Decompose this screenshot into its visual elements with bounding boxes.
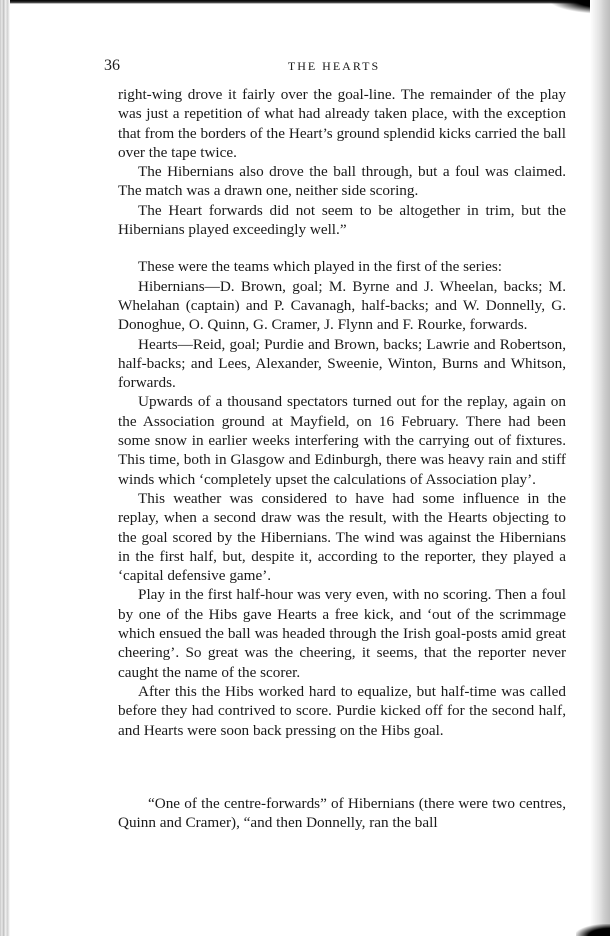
paragraph: The Heart forwards did not seem to be al…: [118, 201, 566, 240]
block-quote: “One of the centre-forwards” of Hibernia…: [118, 794, 566, 833]
paragraph: The Hibernians also drove the ball throu…: [118, 162, 566, 201]
paragraph: After this the Hibs worked hard to equal…: [118, 682, 566, 740]
running-header: 36 THE HEARTS: [104, 57, 564, 77]
running-title: THE HEARTS: [104, 59, 564, 74]
paragraph-teams-intro: These were the teams which played in the…: [118, 257, 566, 276]
page-edge-shadow: [590, 0, 610, 936]
paragraph-hearts-lineup: Hearts—Reid, goal; Purdie and Brown, bac…: [118, 335, 566, 393]
quote-text: “One of the centre-forwards” of Hibernia…: [118, 794, 566, 833]
paragraph: This weather was considered to have had …: [118, 489, 566, 585]
body-text: right-wing drove it fairly over the goal…: [118, 85, 566, 740]
paragraph-hibernians-lineup: Hibernians—D. Brown, goal; M. Byrne and …: [118, 277, 566, 335]
book-binding-edge: [0, 0, 10, 936]
paragraph: Upwards of a thousand spectators turned …: [118, 392, 566, 488]
scan-corner-shadow-bottom: [576, 924, 610, 936]
paragraph-continuation: right-wing drove it fairly over the goal…: [118, 85, 566, 162]
paragraph: Play in the first half-hour was very eve…: [118, 585, 566, 681]
scan-top-edge-shadow: [0, 0, 610, 4]
